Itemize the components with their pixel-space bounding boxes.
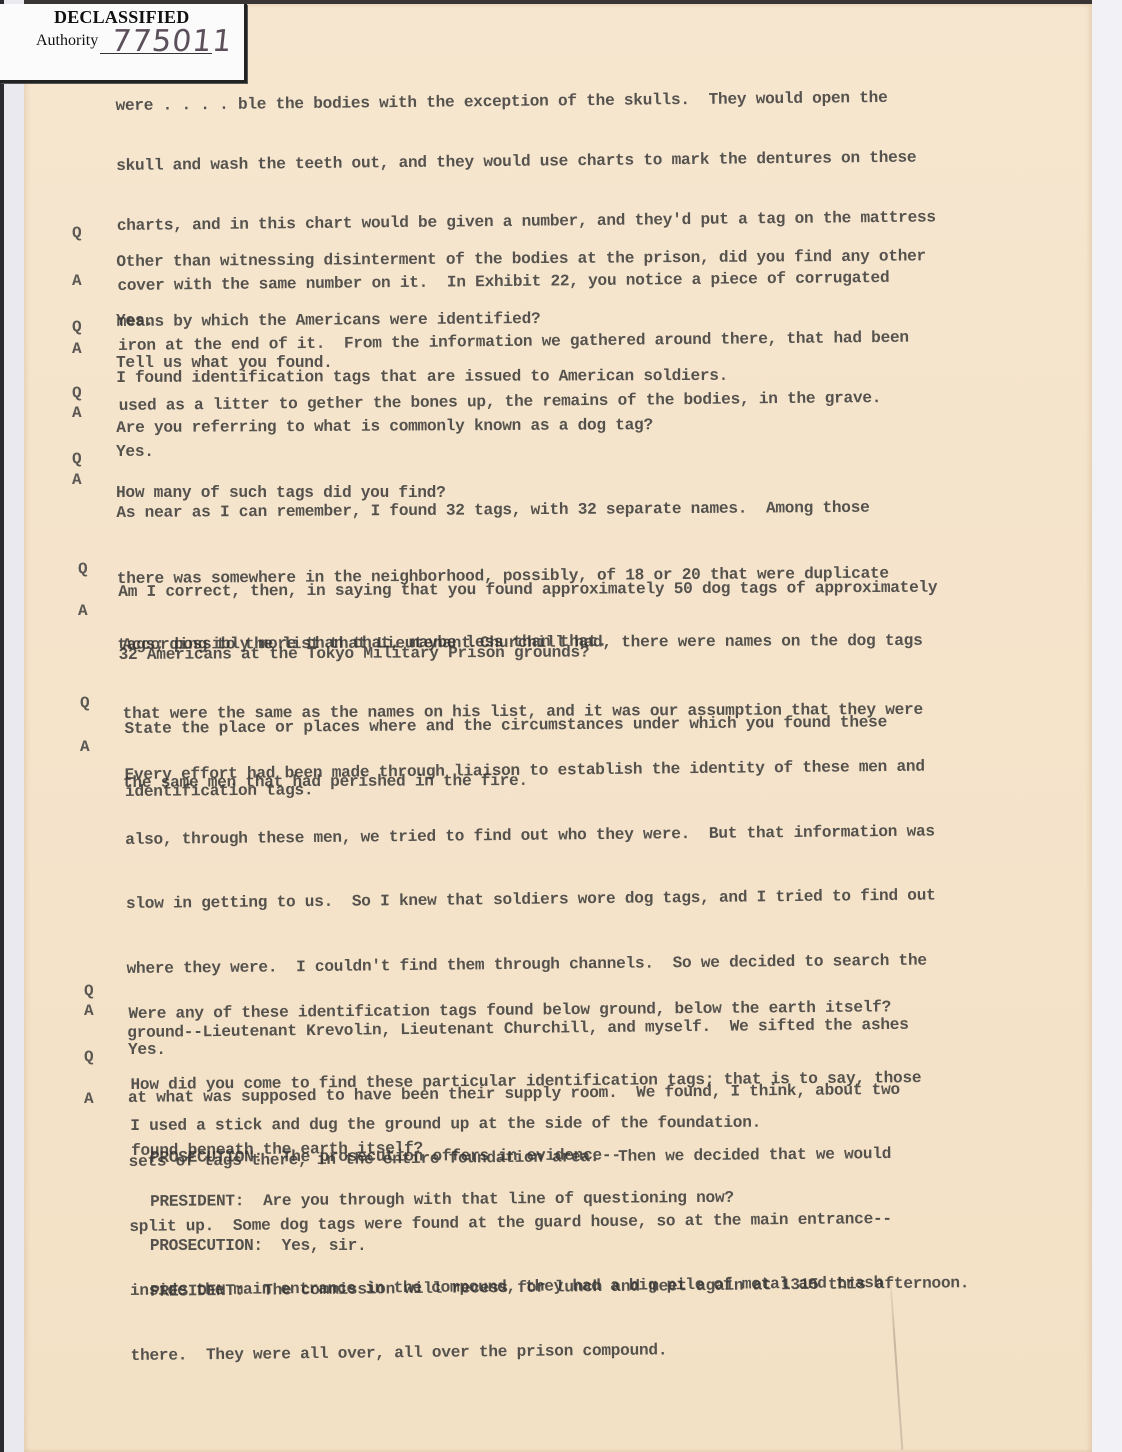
question-label: Q	[84, 982, 94, 1000]
answer-label: A	[72, 272, 82, 290]
colloquy-line: PROSECUTION: Yes, sir.	[131, 1216, 366, 1256]
declassified-stamp: DECLASSIFIED Authority 775011	[0, 4, 247, 83]
speaker-label: PROSECUTION:	[150, 1237, 263, 1255]
text-line: According to the list that Lieutenant Ch…	[122, 630, 922, 657]
question-label: Q	[72, 224, 82, 242]
question-label: Q	[72, 318, 82, 336]
colloquy-line: PROSECUTION: The prosecution offers in e…	[131, 1125, 621, 1168]
text-line: slow in getting to us. So I knew that so…	[126, 886, 936, 916]
text-line: skull and wash the teeth out, and they w…	[116, 147, 935, 176]
text-line: Every effort had been made through liais…	[124, 757, 934, 787]
answer-label: A	[80, 738, 90, 756]
scan-margin-left	[4, 0, 24, 1452]
text-line: were . . . . ble the bodies with the exc…	[115, 87, 934, 116]
speaker-text: Are you through with that line of questi…	[263, 1189, 734, 1210]
speaker-text: Yes, sir.	[282, 1237, 367, 1255]
scan-margin-right	[1092, 0, 1122, 1452]
text-line: Were any of these identification tags fo…	[128, 997, 891, 1024]
question-label: Q	[78, 560, 88, 578]
question-label: Q	[72, 450, 82, 468]
answer-label: A	[72, 404, 82, 422]
answer-label: A	[72, 471, 82, 489]
speaker-label: PROSECUTION:	[150, 1148, 263, 1167]
stamp-authority-label: Authority	[36, 32, 98, 50]
stamp-underline	[100, 53, 212, 54]
speaker-label: PRESIDENT:	[150, 1192, 244, 1211]
text-line: As near as I can remember, I found 32 ta…	[116, 497, 888, 524]
speaker-label: PRESIDENT:	[150, 1282, 244, 1301]
answer-label: A	[72, 340, 82, 358]
question-label: Q	[84, 1048, 94, 1066]
speaker-text: The prosecution offers in evidence--	[282, 1146, 621, 1166]
colloquy-line: PRESIDENT: Are you through with that lin…	[131, 1168, 734, 1212]
answer-label: A	[78, 602, 88, 620]
question-label: Q	[72, 384, 82, 402]
text-line: Are you referring to what is commonly kn…	[116, 415, 653, 438]
answer-label: A	[84, 1090, 94, 1108]
answer-label: A	[84, 1002, 94, 1020]
text-line: Other than witnessing disinterment of th…	[116, 246, 926, 272]
question-label: Q	[80, 694, 90, 712]
text-line: there. They were all over, all over the …	[131, 1337, 941, 1367]
text-line: also, through these men, we tried to fin…	[125, 821, 935, 851]
